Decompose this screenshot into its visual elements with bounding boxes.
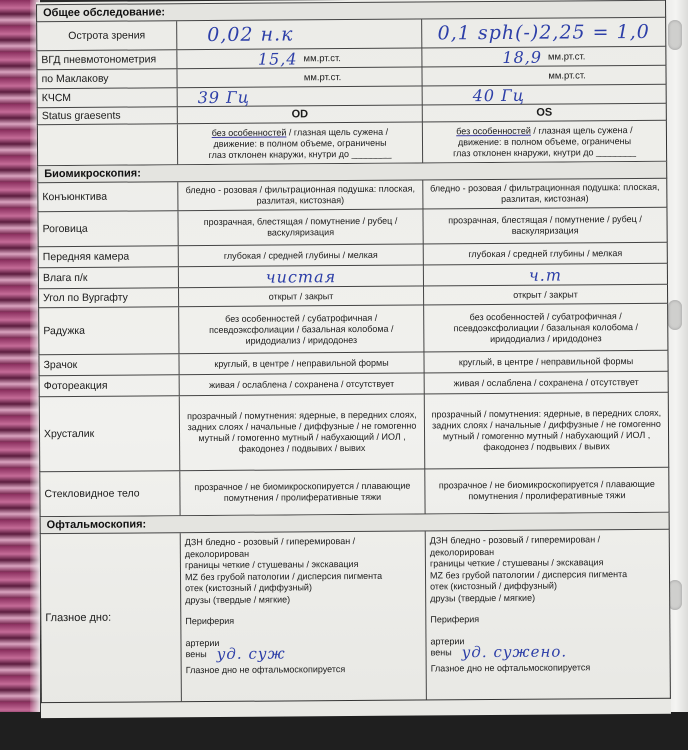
punch-hole	[668, 300, 682, 330]
biomicroscopy-row: Радужкабез особенностей / субатрофичная …	[38, 304, 668, 355]
os-value: открыт / закрыт	[424, 285, 667, 305]
od-status-text: без особенностей / глазная щель сужена /…	[178, 123, 423, 165]
os-value: глубокая / средней глубины / мелкая	[424, 243, 667, 265]
unit: мм.рт.ст.	[548, 70, 585, 81]
os-value: без особенностей / субатрофичная / псевд…	[424, 304, 667, 352]
label: Угол по Вургафту	[39, 288, 179, 307]
label: Хрусталик	[40, 396, 181, 471]
od-fundus: ДЗН бледно - розовый / гиперемирован /де…	[181, 531, 427, 701]
biomicroscopy-row: Стекловидное телопрозрачное / не биомикр…	[39, 468, 669, 517]
label: Конъюнктива	[38, 182, 178, 211]
od-value: прозрачный / помутнения: ядерные, в пере…	[180, 394, 426, 470]
od-header: OD	[178, 106, 423, 124]
od-value: прозрачная, блестящая / помутнение / руб…	[178, 209, 423, 245]
unit: мм.рт.ст.	[303, 53, 340, 64]
os-value: живая / ослаблена / сохранена / отсутств…	[425, 372, 668, 394]
label: Роговица	[38, 211, 178, 246]
label: Фотореакция	[40, 375, 180, 396]
binder-background	[0, 0, 40, 712]
biomicroscopy-row: Хрусталикпрозрачный / помутнения: ядерны…	[39, 393, 670, 472]
od-value: 15,4	[258, 49, 298, 68]
os-value: бледно - розовая / фильтрационная подушк…	[423, 179, 666, 209]
label: по Маклакову	[37, 69, 177, 88]
os-value: 0,1 sph(-)2,25 = 1,0	[438, 21, 650, 44]
os-value: 40 Гц	[473, 85, 525, 104]
row-status-detail: без особенностей / глазная щель сужена /…	[37, 121, 667, 166]
os-fundus: ДЗН бледно - розовый / гиперемирован /де…	[426, 530, 670, 700]
punch-hole	[668, 20, 682, 50]
os-value: круглый, в центре / неправильной формы	[424, 351, 667, 373]
label: Радужка	[39, 307, 179, 354]
od-value: чистая	[179, 265, 424, 287]
label: Влага п/к	[39, 267, 179, 288]
os-value: ч.т	[424, 264, 667, 286]
unit: мм.рт.ст.	[548, 51, 585, 62]
os-value: прозрачный / помутнения: ядерные, в пере…	[425, 393, 669, 469]
label: Острота зрения	[37, 21, 177, 50]
os-header: OS	[423, 104, 666, 122]
od-value: 0,02 н.к	[207, 23, 293, 46]
od-value: без особенностей / субатрофичная / псевд…	[179, 305, 424, 353]
biomicroscopy-row: Конъюнктивабледно - розовая / фильтрацио…	[37, 179, 667, 212]
exam-form: Общее обследование: Острота зрения 0,02 …	[36, 0, 671, 718]
label: Status graesents	[38, 107, 178, 124]
label: КЧСМ	[38, 88, 178, 107]
od-value: круглый, в центре / неправильной формы	[179, 352, 424, 374]
od-value: открыт / закрыт	[179, 286, 424, 306]
od-value: бледно - розовая / фильтрационная подушк…	[178, 180, 423, 210]
label: Стекловидное тело	[40, 471, 180, 516]
row-visual-acuity: Острота зрения 0,02 н.к 0,1 sph(-)2,25 =…	[36, 18, 666, 51]
label: ВГД пневмотонометрия	[37, 50, 177, 69]
od-value: глубокая / средней глубины / мелкая	[179, 244, 424, 266]
label: Глазное дно:	[41, 533, 182, 702]
os-value: прозрачное / не биомикроскопируется / пл…	[425, 468, 668, 514]
label: Зрачок	[39, 354, 179, 375]
od-value: прозрачное / не биомикроскопируется / пл…	[180, 469, 425, 515]
os-value: прозрачная, блестящая / помутнение / руб…	[423, 208, 666, 244]
os-status-text: без особенностей / глазная щель сужена /…	[423, 121, 666, 163]
label: Передняя камера	[39, 246, 179, 267]
os-value: 18,9	[502, 47, 542, 66]
od-value: 39 Гц	[198, 87, 250, 106]
biomicroscopy-row: Роговицапрозрачная, блестящая / помутнен…	[37, 208, 667, 247]
row-fundus: Глазное дно: ДЗН бледно - розовый / гипе…	[40, 530, 671, 703]
od-value: живая / ослаблена / сохранена / отсутств…	[180, 373, 425, 395]
unit: мм.рт.ст.	[304, 72, 341, 83]
